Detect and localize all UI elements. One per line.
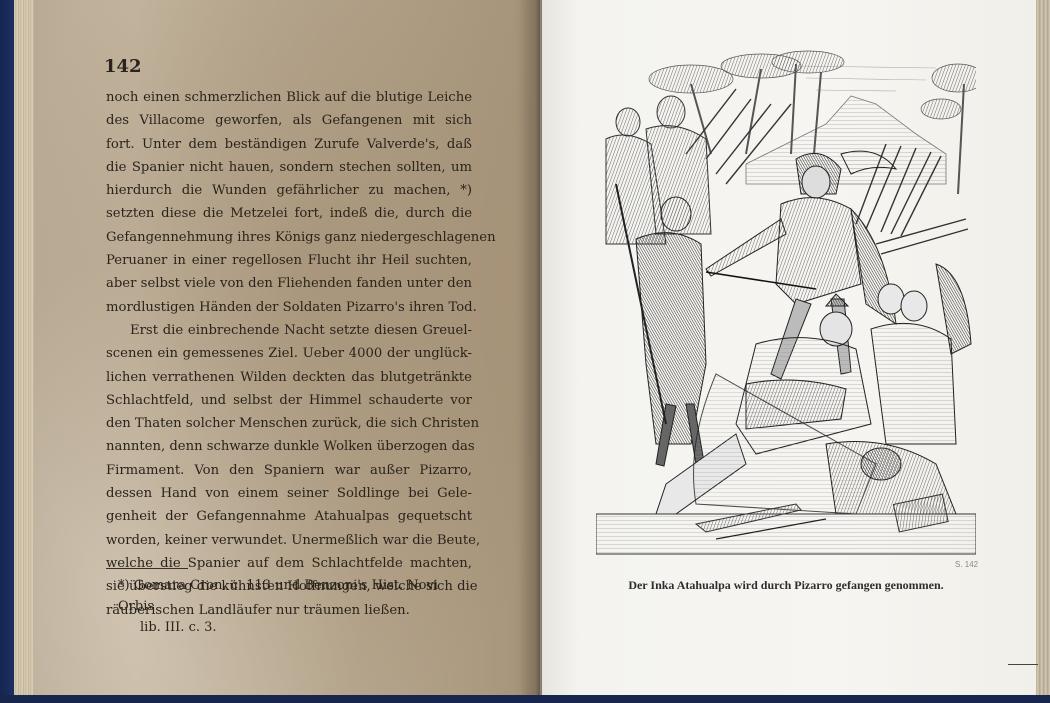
text-line: des Villacome geworfen, als Gefangenen m… [106,109,472,132]
text-line: worden, keiner verwundet. Unermeßlich wa… [106,529,472,552]
text-line: nannten, denn schwarze dunkle Wolken übe… [106,435,472,458]
text-line: die Spanier nicht hauen, sondern stechen… [106,156,472,179]
page-stack-left [14,0,36,695]
gutter-shadow [520,0,542,695]
footnote-line: lib. III. c. 3. [118,617,478,638]
text-line: fort. Unter dem beständigen Zurufe Valve… [106,133,472,156]
text-line: lichen verrathenen Wilden deckten das bl… [106,366,472,389]
text-line: welche die Spanier auf dem Schlachtfelde… [106,552,472,575]
text-line: hierdurch die Wunden gefährlicher zu mac… [106,179,472,202]
footnote-rule [106,568,188,569]
body-text: noch einen schmerzlichen Blick auf die b… [106,86,472,622]
text-line: den Thaten solcher Menschen zurück, die … [106,412,472,435]
text-line: noch einen schmerzlichen Blick auf die b… [106,86,472,109]
text-line: scenen ein gemessenes Ziel. Ueber 4000 d… [106,342,472,365]
text-line: Erst die einbrechende Nacht setzte diese… [106,319,472,342]
footnote-line: *) Gomara Cron. c. 113 und Benzoni's His… [118,578,438,614]
text-line: dessen Hand von einem seiner Soldlinge b… [106,482,472,505]
text-line: Peruaner in einer regellosen Flucht ihr … [106,249,472,272]
footnote: *) Gomara Cron. c. 113 und Benzoni's His… [118,575,478,638]
page-number: 142 [104,56,142,77]
page-stack-right [1036,0,1050,695]
illustration-caption: Der Inka Atahualpa wird durch Pizarro ge… [596,578,976,593]
page-mark-line [1008,664,1038,665]
text-line: setzten diese die Metzelei fort, indeß d… [106,202,472,225]
text-line: genheit der Gefangennahme Atahualpas geq… [106,505,472,528]
plate-mark: S. 142 [955,560,978,569]
text-line: aber selbst viele von den Fliehenden fan… [106,272,472,295]
text-line: Schlachtfeld, und selbst der Himmel scha… [106,389,472,412]
book-cover-bottom [0,695,1050,703]
text-line: Gefangennehmung ihres Königs ganz nieder… [106,226,472,249]
text-line: mordlustigen Händen der Soldaten Pizarro… [106,296,472,319]
text-line: Firmament. Von den Spaniern war außer Pi… [106,459,472,482]
engraving-illustration [596,44,976,558]
